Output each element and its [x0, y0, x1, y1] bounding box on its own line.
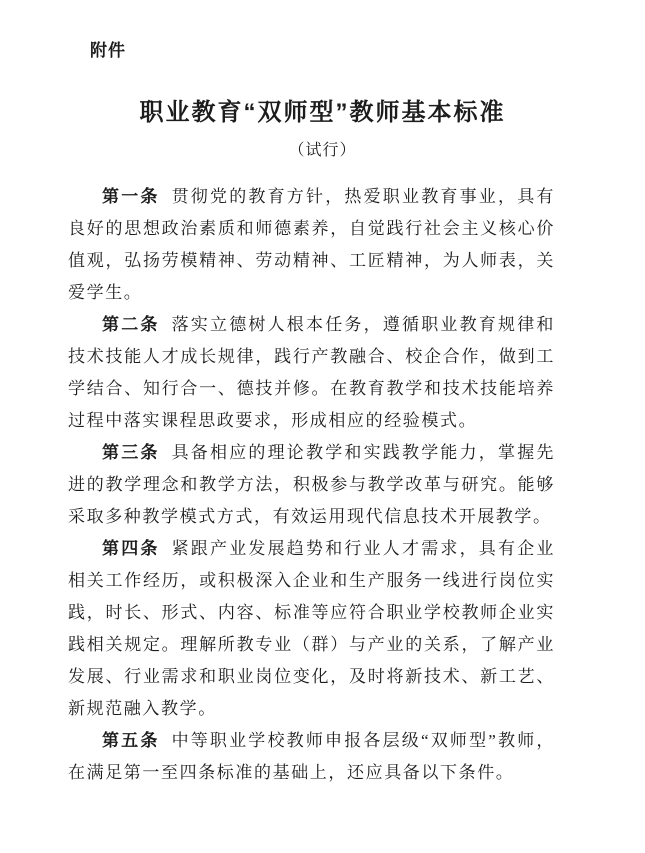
article-1: 第一条贯彻党的教育方针，热爱职业教育事业，具有良好的思想政治素质和师德素养，自觉…: [68, 181, 555, 309]
article-1-number: 第一条: [102, 187, 160, 206]
attachment-label: 附件: [90, 36, 126, 61]
article-5-number: 第五条: [102, 731, 160, 750]
article-2-number: 第二条: [102, 315, 160, 334]
document-subtitle: （试行）: [0, 137, 645, 160]
article-3: 第三条具备相应的理论教学和实践教学能力，掌握先进的教学理念和教学方法，积极参与教…: [68, 437, 555, 533]
article-5: 第五条中等职业学校教师申报各层级“双师型”教师，在满足第一至四条标准的基础上，还…: [68, 725, 555, 789]
article-3-number: 第三条: [102, 443, 160, 462]
document-title: 职业教育“双师型”教师基本标准: [0, 92, 645, 127]
document-body: 第一条贯彻党的教育方针，热爱职业教育事业，具有良好的思想政治素质和师德素养，自觉…: [68, 181, 555, 789]
article-4-number: 第四条: [102, 539, 160, 558]
document-page: 附件 职业教育“双师型”教师基本标准 （试行） 第一条贯彻党的教育方针，热爱职业…: [0, 0, 645, 853]
article-4: 第四条紧跟产业发展趋势和行业人才需求，具有企业相关工作经历，或积极深入企业和生产…: [68, 533, 555, 725]
article-4-text: 紧跟产业发展趋势和行业人才需求，具有企业相关工作经历，或积极深入企业和生产服务一…: [68, 539, 555, 718]
article-2: 第二条落实立德树人根本任务，遵循职业教育规律和技术技能人才成长规律，践行产教融合…: [68, 309, 555, 437]
